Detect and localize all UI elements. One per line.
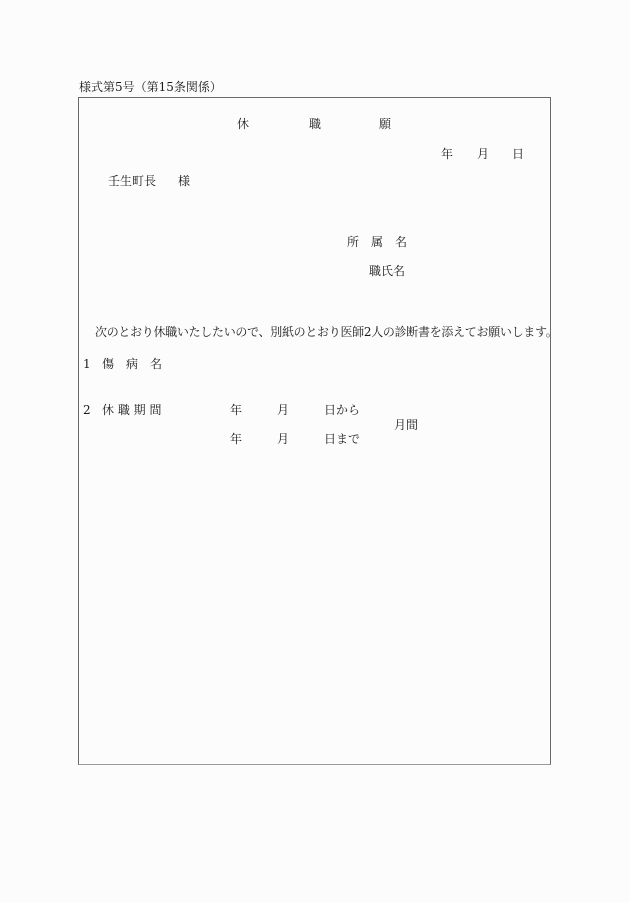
position-name-label: 職氏名 bbox=[369, 264, 405, 278]
period-to-month: 月 bbox=[277, 432, 289, 446]
title-char-1: 休 bbox=[237, 115, 249, 132]
period-duration-months: 月間 bbox=[394, 418, 418, 432]
form-number-label: 様式第5号（第15条関係） bbox=[79, 80, 222, 94]
leave-period-label: 休 職 期 間 bbox=[102, 403, 161, 417]
period-from-day: 日から bbox=[324, 403, 360, 417]
request-body-text: 次のとおり休職いたしたいので、別紙のとおり医師2人の診断書を添えてお願いします。 bbox=[95, 325, 557, 339]
illness-name-label: 傷 病 名 bbox=[102, 357, 162, 371]
addressee-name: 壬生町長 bbox=[108, 174, 156, 188]
addressee-honorific: 様 bbox=[178, 174, 190, 188]
date-year-label: 年 bbox=[441, 145, 453, 162]
application-form-frame bbox=[78, 97, 551, 765]
period-from-year: 年 bbox=[230, 403, 242, 417]
item-2-number: 2 bbox=[83, 403, 91, 417]
date-day-label: 日 bbox=[512, 145, 524, 162]
date-month-label: 月 bbox=[477, 145, 489, 162]
period-from-month: 月 bbox=[277, 403, 289, 417]
item-1-number: 1 bbox=[83, 357, 91, 371]
period-to-day: 日まで bbox=[324, 432, 360, 446]
title-char-3: 願 bbox=[379, 115, 391, 132]
title-char-2: 職 bbox=[309, 115, 321, 132]
period-to-year: 年 bbox=[230, 432, 242, 446]
department-label: 所 属 名 bbox=[347, 235, 407, 249]
